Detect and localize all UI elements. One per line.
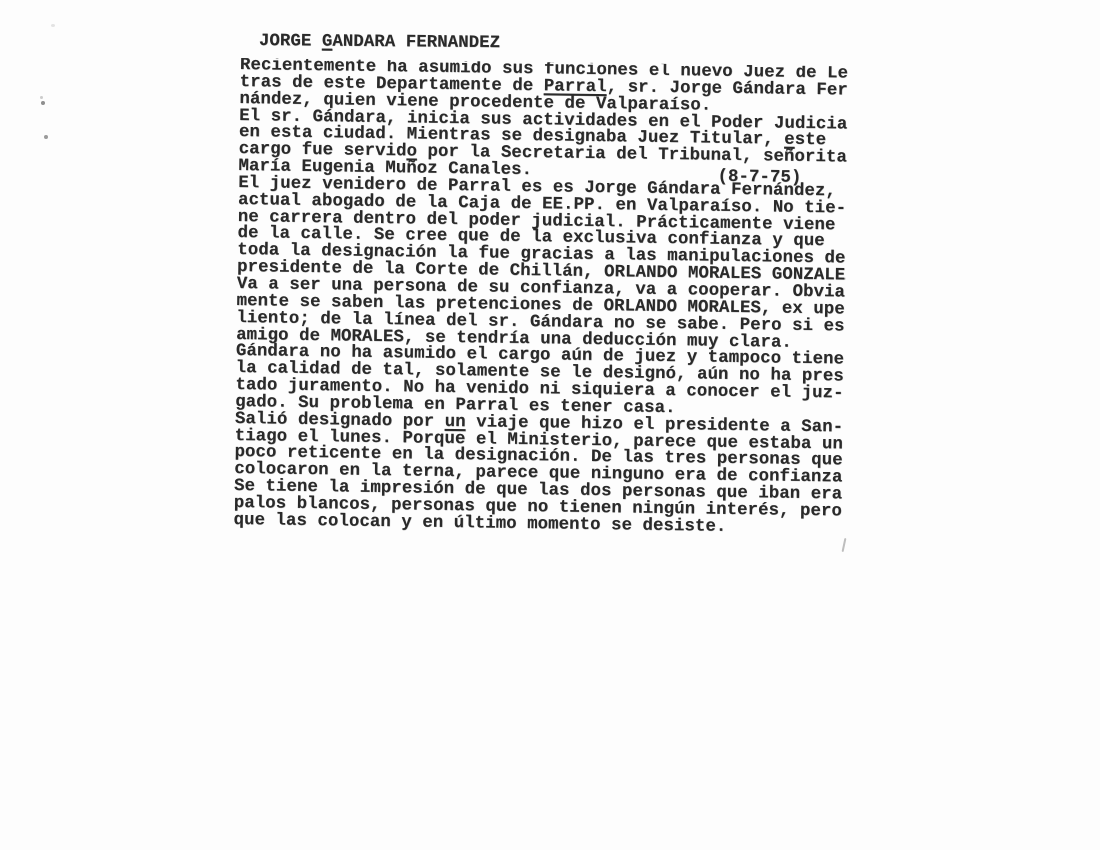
scan-speck [44, 135, 48, 139]
scan-speck [41, 101, 45, 105]
text-segment: ANDARA FERNANDEZ [332, 33, 500, 53]
scanned-document-page: JORGE GANDARA FERNANDEZ Recientemente ha… [0, 0, 1100, 850]
document-title: JORGE GANDARA FERNANDEZ [259, 33, 500, 52]
scan-speck [40, 96, 43, 99]
typewritten-lines: Recientemente ha asumido sus funciones e… [233, 58, 849, 548]
underlined-text: G [322, 33, 333, 52]
scan-speck [51, 24, 55, 27]
text-segment: JORGE [259, 32, 322, 52]
